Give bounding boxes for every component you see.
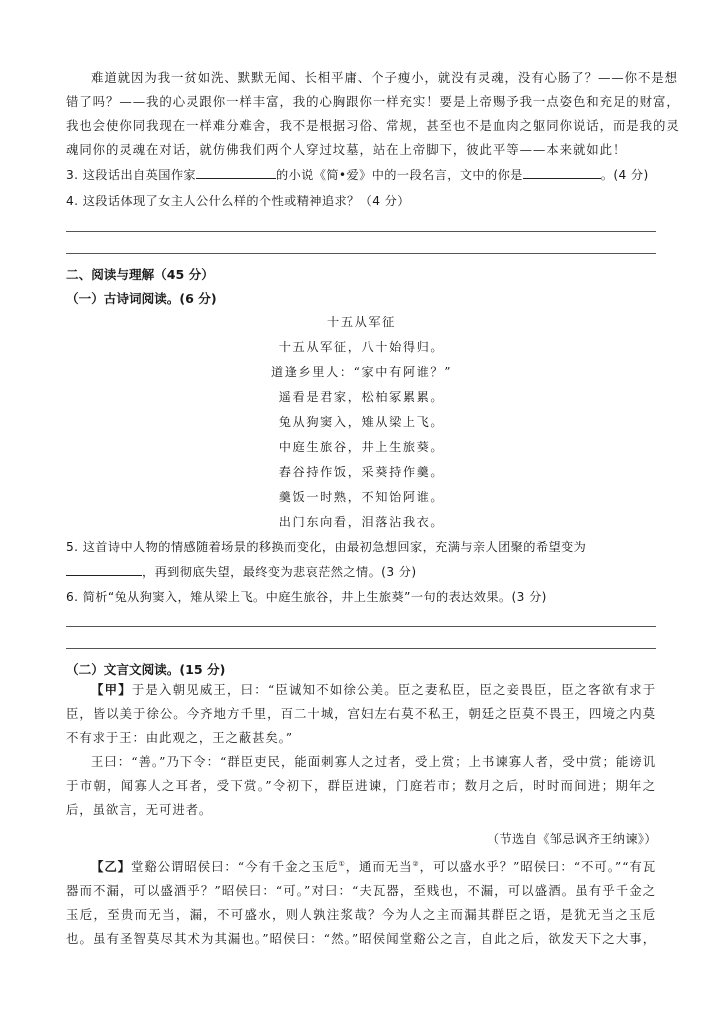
question-3-text-c: 。(4 分) — [601, 168, 649, 182]
passage-yi-label: 【乙】 — [91, 859, 131, 874]
poem-line: 舂谷持作饭，采葵持作羹。 — [0, 463, 723, 480]
answer-line[interactable] — [66, 231, 656, 232]
poem-line: 兔从狗窦入，雉从梁上飞。 — [0, 413, 723, 430]
question-3-text-a: 3. 这段话出自英国作家 — [66, 168, 196, 182]
passage-jia-paragraph-2: 王曰：“善。”乃下令：“群臣吏民，能面刺寡人之过者，受上赏；上书谏寡人者，受中赏… — [66, 750, 656, 822]
subsection-title-poetry: （一）古诗词阅读。(6 分) — [66, 288, 217, 307]
passage-yi-paragraph: 【乙】堂谿公谓昭侯曰：“今有千金之玉卮①，通而无当②，可以盛水乎？”昭侯曰：“不… — [66, 852, 656, 948]
footnote-marker-2[interactable]: ② — [412, 860, 419, 868]
poem-line: 羹饭一时熟，不知饴阿谁。 — [0, 488, 723, 505]
passage-yi-text-b: ，通而无当 — [346, 859, 413, 874]
answer-line[interactable] — [66, 648, 656, 649]
subsection-title-classical: （二）文言文阅读。(15 分) — [66, 659, 225, 678]
poem-line: 遥看是君家，松柏冢累累。 — [0, 388, 723, 405]
question-3: 3. 这段话出自英国作家的小说《简•爱》中的一段名言，文中的你是。(4 分) — [66, 166, 649, 183]
question-6: 6. 简析“兔从狗窦入，雉从梁上飞。中庭生旅谷，井上生旅葵”一句的表达效果。(3… — [66, 588, 547, 605]
poem-line: 十五从军征，八十始得归。 — [0, 338, 723, 355]
question-4: 4. 这段话体现了女主人公什么样的个性或精神追求？（4 分） — [66, 192, 410, 209]
passage-line: 魂同你的灵魂在对话，就仿佛我们两个人穿过坟墓，站在上帝脚下，彼此平等——本来就如… — [66, 140, 626, 158]
poem-line: 中庭生旅谷，井上生旅葵。 — [0, 438, 723, 455]
poem-title: 十五从军征 — [0, 313, 723, 330]
answer-line[interactable] — [66, 626, 656, 627]
passage-jia-label: 【甲】 — [91, 682, 132, 697]
passage-jia-paragraph-1: 【甲】于是入朝见威王，曰：“臣诚知不如徐公美。臣之妻私臣，臣之妾畏臣，臣之客欲有… — [66, 678, 656, 750]
poem-line: 出门东向看，泪落沾我衣。 — [0, 513, 723, 530]
passage-yi-text-a: 堂谿公谓昭侯曰：“今有千金之玉卮 — [131, 859, 338, 874]
section-title: 二、阅读与理解（45 分） — [66, 264, 214, 283]
question-5-line2: ，再到彻底失望，最终变为悲哀茫然之情。(3 分) — [66, 563, 417, 580]
passage-line: 难道就因为我一贫如洗、默默无闻、长相平庸、个子瘦小，就没有灵魂，没有心肠了？——… — [91, 68, 678, 86]
question-3-text-b: 的小说《简•爱》中的一段名言，文中的你是 — [276, 168, 523, 182]
answer-blank-author[interactable] — [196, 166, 276, 179]
answer-blank-you[interactable] — [523, 166, 601, 179]
exam-page: 难道就因为我一贫如洗、默默无闻、长相平庸、个子瘦小，就没有灵魂，没有心肠了？——… — [0, 0, 723, 1024]
passage-jia-text: 于是入朝见威王，曰：“臣诚知不如徐公美。臣之妻私臣，臣之妾畏臣，臣之客欲有求于臣… — [66, 682, 656, 745]
passage-line: 我也会使你同我现在一样难分难舍，我不是根据习俗、常规，甚至也不是血肉之躯同你说话… — [66, 116, 680, 134]
answer-blank-emotion[interactable] — [66, 563, 142, 576]
passage-line: 错了吗？——我的心灵跟你一样丰富，我的心胸跟你一样充实！要是上帝赐予我一点姿色和… — [66, 92, 680, 110]
answer-line[interactable] — [66, 253, 656, 254]
passage-jia-source: （节选自《邹忌讽齐王纳谏》） — [487, 830, 657, 847]
question-5-line1: 5. 这首诗中人物的情感随着场景的移换而变化，由最初急想回家，充满与亲人团聚的希… — [66, 538, 586, 555]
question-5-text: ，再到彻底失望，最终变为悲哀茫然之情。(3 分) — [142, 565, 417, 579]
poem-line: 道逢乡里人：“家中有阿谁？” — [0, 363, 723, 380]
footnote-marker-1[interactable]: ① — [338, 860, 345, 868]
